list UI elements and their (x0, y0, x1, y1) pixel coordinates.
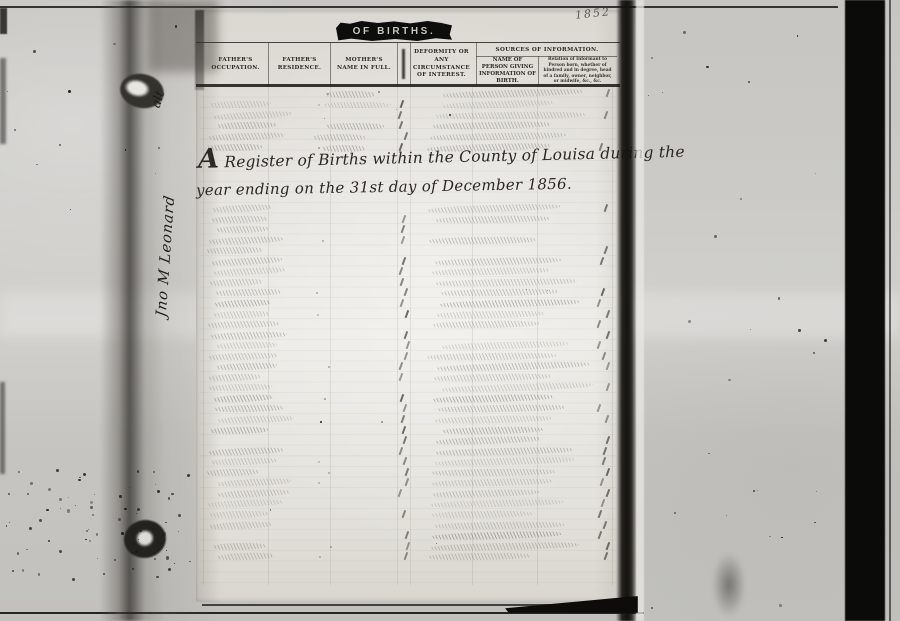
handwriting-mark (206, 246, 263, 254)
photocopy-speckle (168, 568, 171, 571)
tally-tick-mark (597, 341, 601, 349)
photocopy-speckle (33, 50, 35, 52)
photocopy-speckle (90, 501, 93, 504)
header-sources-of-information: SOURCES OF INFORMATION. (476, 43, 617, 57)
photocopy-speckle (726, 515, 727, 516)
handwriting-mark (431, 530, 562, 540)
photocopy-speckle (27, 493, 29, 495)
photocopy-speckle (18, 471, 20, 473)
handwriting-mark (211, 256, 282, 266)
header-fathers-residence: FATHER'S RESIDENCE. (268, 43, 330, 86)
page-stack-light-edge (636, 0, 644, 621)
register-page: OF BIRTHS. FATHER'S OCCUPATION. FATHER'S… (196, 10, 620, 602)
photocopy-speckle (78, 479, 80, 481)
tally-tick-mark (403, 404, 407, 412)
handwriting-mark (313, 134, 365, 141)
tally-tick-mark (597, 320, 601, 328)
tally-tick-mark (604, 552, 608, 560)
photocopy-speckle (14, 129, 16, 131)
tally-tick-mark (606, 309, 610, 317)
tally-tick-mark (405, 478, 409, 486)
handwriting-mark (431, 267, 550, 276)
tally-tick-mark (398, 489, 402, 497)
tally-tick-mark (399, 299, 403, 307)
photocopy-speckle (67, 509, 70, 512)
photocopy-speckle (129, 487, 130, 488)
header-sources-of-information-group: SOURCES OF INFORMATION. NAME OF PERSON G… (476, 43, 616, 86)
left-edge-smudge (0, 382, 5, 474)
tally-tick-mark (602, 520, 606, 528)
tally-tick-mark (605, 542, 609, 550)
handwriting-mark (435, 215, 550, 224)
tally-tick-mark (601, 499, 605, 507)
photocopy-speckle (797, 35, 798, 36)
tally-tick-mark (405, 309, 409, 317)
photocopy-speckle (171, 493, 174, 496)
handwriting-mark (215, 289, 282, 297)
header-deformity: DEFORMITY OR ANY CIRCUMSTANCE OF INTERES… (410, 43, 472, 86)
handwriting-mark (207, 373, 260, 381)
handwriting-mark (213, 110, 291, 121)
photocopy-speckle (114, 559, 116, 561)
tally-tick-mark (401, 225, 405, 233)
handwriting-dot (330, 546, 332, 548)
handwriting-mark (209, 520, 272, 529)
handwriting-mark (323, 102, 391, 109)
scan-smudge (712, 552, 746, 618)
tally-tick-mark (606, 489, 610, 497)
header-mothers-name: MOTHER'S NAME IN FULL. (330, 43, 397, 86)
tally-tick-mark (604, 204, 608, 212)
photocopy-speckle (22, 569, 25, 572)
handwritten-title-line2: year ending on the 31st day of December … (196, 175, 572, 200)
table-header-row: FATHER'S OCCUPATION. FATHER'S RESIDENCE.… (196, 42, 620, 86)
photocopy-speckle (178, 514, 181, 517)
tally-tick-mark (597, 299, 601, 307)
tally-tick-mark (402, 436, 406, 444)
handwriting-mark (432, 488, 539, 497)
handwriting-mark (211, 457, 277, 466)
handwriting-mark (429, 132, 566, 141)
photocopy-speckle (75, 505, 76, 506)
photocopy-speckle (92, 514, 94, 516)
photocopy-speckle (648, 95, 649, 96)
photocopy-speckle (6, 525, 7, 526)
tally-tick-mark (601, 288, 605, 296)
handwriting-dot (318, 461, 320, 463)
tally-tick-mark (405, 531, 409, 539)
tally-tick-mark (404, 352, 408, 360)
handwriting-dot (319, 556, 321, 558)
tally-tick-mark (399, 121, 403, 129)
tally-tick-mark (602, 457, 606, 465)
tally-tick-mark (404, 331, 408, 339)
handwriting-mark (428, 236, 537, 244)
handwriting-mark (206, 320, 278, 328)
handwriting-mark (209, 510, 269, 518)
photocopy-speckle (119, 495, 121, 497)
photocopy-speckle (166, 556, 169, 559)
photocopy-speckle (674, 512, 676, 514)
of-births-banner: OF BIRTHS. (336, 21, 452, 41)
handwriting-mark (210, 426, 268, 434)
photocopy-speckle (728, 379, 731, 382)
handwriting-mark (442, 426, 543, 434)
handwriting-mark (432, 393, 553, 403)
photocopy-speckle (814, 522, 816, 524)
tally-tick-mark (400, 236, 404, 244)
photocopy-speckle (46, 509, 49, 512)
scanned-register-photocopy: OF BIRTHS. FATHER'S OCCUPATION. FATHER'S… (0, 0, 900, 621)
tally-tick-mark (606, 383, 610, 391)
tally-tick-mark (404, 288, 408, 296)
tally-tick-mark (402, 426, 406, 434)
photocopy-speckle (12, 570, 14, 572)
handwriting-mark (217, 122, 276, 130)
photocopy-speckle (815, 173, 816, 174)
photocopy-speckle (39, 519, 42, 522)
handwriting-mark (435, 277, 577, 286)
photocopy-speckle (779, 604, 782, 607)
photocopy-speckle (816, 491, 817, 492)
handwriting-mark (434, 456, 575, 467)
tally-tick-mark (606, 89, 610, 97)
photocopy-speckle (165, 522, 167, 524)
photocopy-speckle (83, 473, 86, 476)
rotated-column-label-smudge (399, 46, 408, 82)
handwriting-mark (214, 405, 284, 413)
tally-tick-mark (605, 415, 609, 423)
photocopy-speckle (124, 508, 127, 511)
handwriting-mark (211, 215, 268, 223)
handwriting-mark (208, 132, 285, 141)
handwriting-mark (442, 88, 583, 99)
tally-tick-mark (398, 111, 402, 119)
photocopy-speckle (36, 164, 38, 166)
handwriting-dot (318, 482, 320, 484)
photocopy-speckle (154, 558, 156, 560)
table-header-bottom-rule (196, 84, 620, 87)
photocopy-speckle (125, 149, 126, 150)
handwriting-mark (437, 404, 566, 413)
tally-tick-mark (606, 331, 610, 339)
photocopy-speckle (155, 173, 157, 175)
photocopy-speckle (68, 497, 69, 498)
handwriting-entries-layer (196, 10, 620, 602)
photocopy-speckle (683, 31, 686, 34)
handwriting-mark (431, 468, 555, 476)
handwriting-dot (318, 104, 320, 106)
tally-tick-mark (606, 468, 610, 476)
photocopy-speckle (781, 537, 782, 538)
photocopy-speckle (132, 568, 134, 570)
page-stack-dark-edge (616, 0, 637, 621)
handwriting-mark (208, 352, 278, 361)
tally-tick-mark (597, 404, 601, 412)
photocopy-speckle (96, 533, 99, 536)
photocopy-speckle (748, 81, 750, 83)
handwriting-dot (317, 314, 319, 316)
photocopy-speckle (166, 550, 167, 551)
tally-tick-mark (402, 257, 406, 265)
handwriting-mark (434, 521, 564, 529)
handwriting-mark (441, 382, 593, 394)
handwriting-mark (216, 341, 277, 349)
tally-tick-mark (404, 468, 408, 476)
handwriting-mark (326, 123, 385, 130)
tally-tick-mark (600, 478, 604, 486)
handwriting-mark (213, 266, 286, 276)
photocopy-speckle (113, 43, 116, 46)
photocopy-speckle (168, 497, 170, 499)
photocopy-speckle (121, 532, 124, 535)
tally-tick-mark (598, 510, 602, 518)
photocopy-speckle (9, 522, 10, 523)
tally-tick-mark (403, 457, 407, 465)
photocopy-speckle (48, 488, 51, 491)
photocopy-speckle (86, 530, 88, 532)
photocopy-speckle (757, 490, 758, 491)
handwriting-mark (209, 278, 264, 286)
photocopy-speckle (85, 539, 86, 540)
handwriting-mark (427, 203, 560, 214)
handwriting-mark (441, 340, 568, 350)
spine-top-shadow (148, 0, 218, 72)
photocopy-speckle (48, 540, 50, 542)
scan-right-rule (889, 0, 891, 621)
photocopy-speckle (17, 552, 19, 554)
tally-tick-mark (606, 362, 610, 370)
handwriting-mark (436, 361, 589, 372)
photocopy-speckle (136, 513, 138, 515)
photocopy-speckle (79, 477, 81, 479)
photocopy-speckle (97, 558, 98, 559)
photocopy-speckle (153, 471, 155, 473)
photocopy-speckle (89, 540, 91, 542)
photocopy-speckle (56, 469, 59, 472)
photocopy-speckle (118, 518, 121, 521)
photocopy-speckle (158, 147, 160, 149)
tally-tick-mark (403, 552, 407, 560)
tally-tick-mark (399, 362, 403, 370)
handwriting-mark (435, 111, 586, 119)
handwriting-mark (212, 204, 272, 213)
tally-tick-mark (602, 352, 606, 360)
photocopy-speckle (59, 550, 62, 553)
photocopy-speckle (651, 57, 653, 59)
handwriting-mark (208, 384, 272, 392)
tally-tick-mark (401, 510, 405, 518)
tally-tick-mark (398, 267, 402, 275)
tally-tick-mark (603, 111, 607, 119)
handwriting-mark (440, 288, 558, 296)
handwriting-mark (434, 415, 552, 424)
photocopy-speckle (29, 527, 32, 530)
handwriting-dot (328, 472, 330, 474)
handwriting-mark (439, 298, 579, 308)
tally-tick-mark (404, 132, 408, 140)
photocopy-speckle (706, 66, 708, 68)
photocopy-speckle (708, 453, 709, 454)
photocopy-speckle (103, 573, 105, 575)
scan-top-rule (0, 6, 838, 8)
handwriting-mark (217, 552, 274, 560)
handwriting-mark (432, 121, 551, 130)
handwriting-mark (432, 320, 539, 328)
handwriting-mark (426, 352, 556, 360)
photocopy-speckle (714, 235, 717, 238)
tally-tick-mark (606, 436, 610, 444)
handwriting-mark (430, 541, 579, 551)
tally-tick-mark (400, 278, 404, 286)
handwriting-mark (325, 91, 375, 98)
photocopy-speckle (157, 490, 160, 493)
handwriting-mark (214, 299, 271, 308)
photocopy-speckle (72, 578, 75, 581)
photocopy-speckle (68, 90, 71, 93)
scan-black-band (845, 0, 885, 621)
handwriting-mark (208, 446, 283, 455)
photocopy-speckle (189, 561, 191, 563)
handwritten-title-line1: A Register of Births within the County o… (198, 144, 628, 172)
handwriting-mark (429, 499, 562, 509)
handwriting-mark (435, 446, 573, 456)
tally-tick-mark (402, 215, 406, 223)
handwriting-mark (217, 478, 291, 488)
handwriting-mark (216, 362, 277, 371)
tally-tick-mark (399, 447, 403, 455)
photocopy-speckle (70, 209, 71, 210)
header-informant-name: NAME OF PERSON GIVING INFORMATION OF BIR… (476, 56, 538, 86)
handwriting-mark (431, 510, 532, 518)
photocopy-speckle (813, 352, 815, 354)
photocopy-speckle (651, 607, 654, 610)
photocopy-speckle (740, 198, 742, 200)
photocopy-speckle (90, 506, 93, 509)
handwriting-mark (208, 235, 283, 244)
handwriting-mark (213, 394, 273, 403)
tally-tick-mark (406, 542, 410, 550)
handwriting-mark (210, 330, 287, 339)
tally-tick-mark (603, 246, 607, 254)
tally-tick-mark (600, 257, 604, 265)
handwriting-mark (436, 310, 545, 318)
handwriting-dot (318, 147, 320, 149)
handwriting-mark (217, 415, 294, 424)
photocopy-speckle (178, 531, 179, 532)
handwriting-dot (322, 240, 324, 242)
photocopy-speckle (174, 563, 175, 564)
binding-grommet-bottom (122, 517, 169, 560)
photocopy-speckle (59, 498, 62, 501)
handwriting-mark (207, 499, 283, 509)
handwriting-mark (431, 478, 553, 487)
of-births-banner-text: OF BIRTHS. (353, 25, 436, 37)
photocopy-speckle (769, 536, 770, 537)
tally-tick-mark (406, 341, 410, 349)
photocopy-speckle (662, 92, 663, 93)
photocopy-speckle (8, 493, 10, 495)
handwriting-mark (428, 552, 531, 560)
photocopy-speckle (26, 549, 28, 551)
handwriting-mark (434, 256, 561, 265)
left-edge-smudge (0, 58, 6, 144)
handwriting-mark (432, 373, 550, 382)
handwriting-mark (215, 225, 267, 233)
photocopy-speckle (94, 494, 95, 495)
photocopy-speckle (7, 91, 8, 92)
tally-tick-mark (399, 100, 403, 108)
tally-tick-mark (598, 531, 602, 539)
handwriting-dot (327, 93, 329, 95)
photocopy-speckle (155, 484, 156, 485)
handwriting-dot (328, 366, 330, 368)
photocopy-speckle (137, 470, 139, 472)
photocopy-speckle (159, 491, 160, 492)
photocopy-speckle (156, 576, 159, 579)
handwriting-mark (206, 468, 259, 476)
handwriting-mark (435, 435, 541, 445)
handwriting-mark (441, 99, 552, 109)
photocopy-speckle (88, 529, 89, 530)
photocopy-speckle (59, 144, 60, 145)
photocopy-speckle (137, 508, 140, 511)
handwriting-dot (316, 292, 318, 294)
handwriting-mark (213, 310, 270, 318)
handwriting-mark (217, 488, 290, 498)
photocopy-speckle (824, 339, 827, 342)
photocopy-speckle (753, 490, 755, 492)
photocopy-speckle (30, 482, 33, 485)
tally-tick-mark (400, 415, 404, 423)
tally-tick-mark (399, 373, 403, 381)
scan-corner-mark (0, 8, 7, 34)
header-informant-relation: Relation of Informant to Person born, wh… (538, 56, 616, 86)
photocopy-speckle (38, 573, 41, 576)
photocopy-speckle (187, 474, 190, 477)
tally-tick-mark (602, 447, 606, 455)
handwriting-dot (324, 398, 326, 400)
tally-tick-mark (399, 394, 403, 402)
photocopy-speckle (60, 508, 61, 509)
handwriting-mark (210, 100, 272, 108)
handwriting-mark (213, 542, 265, 550)
